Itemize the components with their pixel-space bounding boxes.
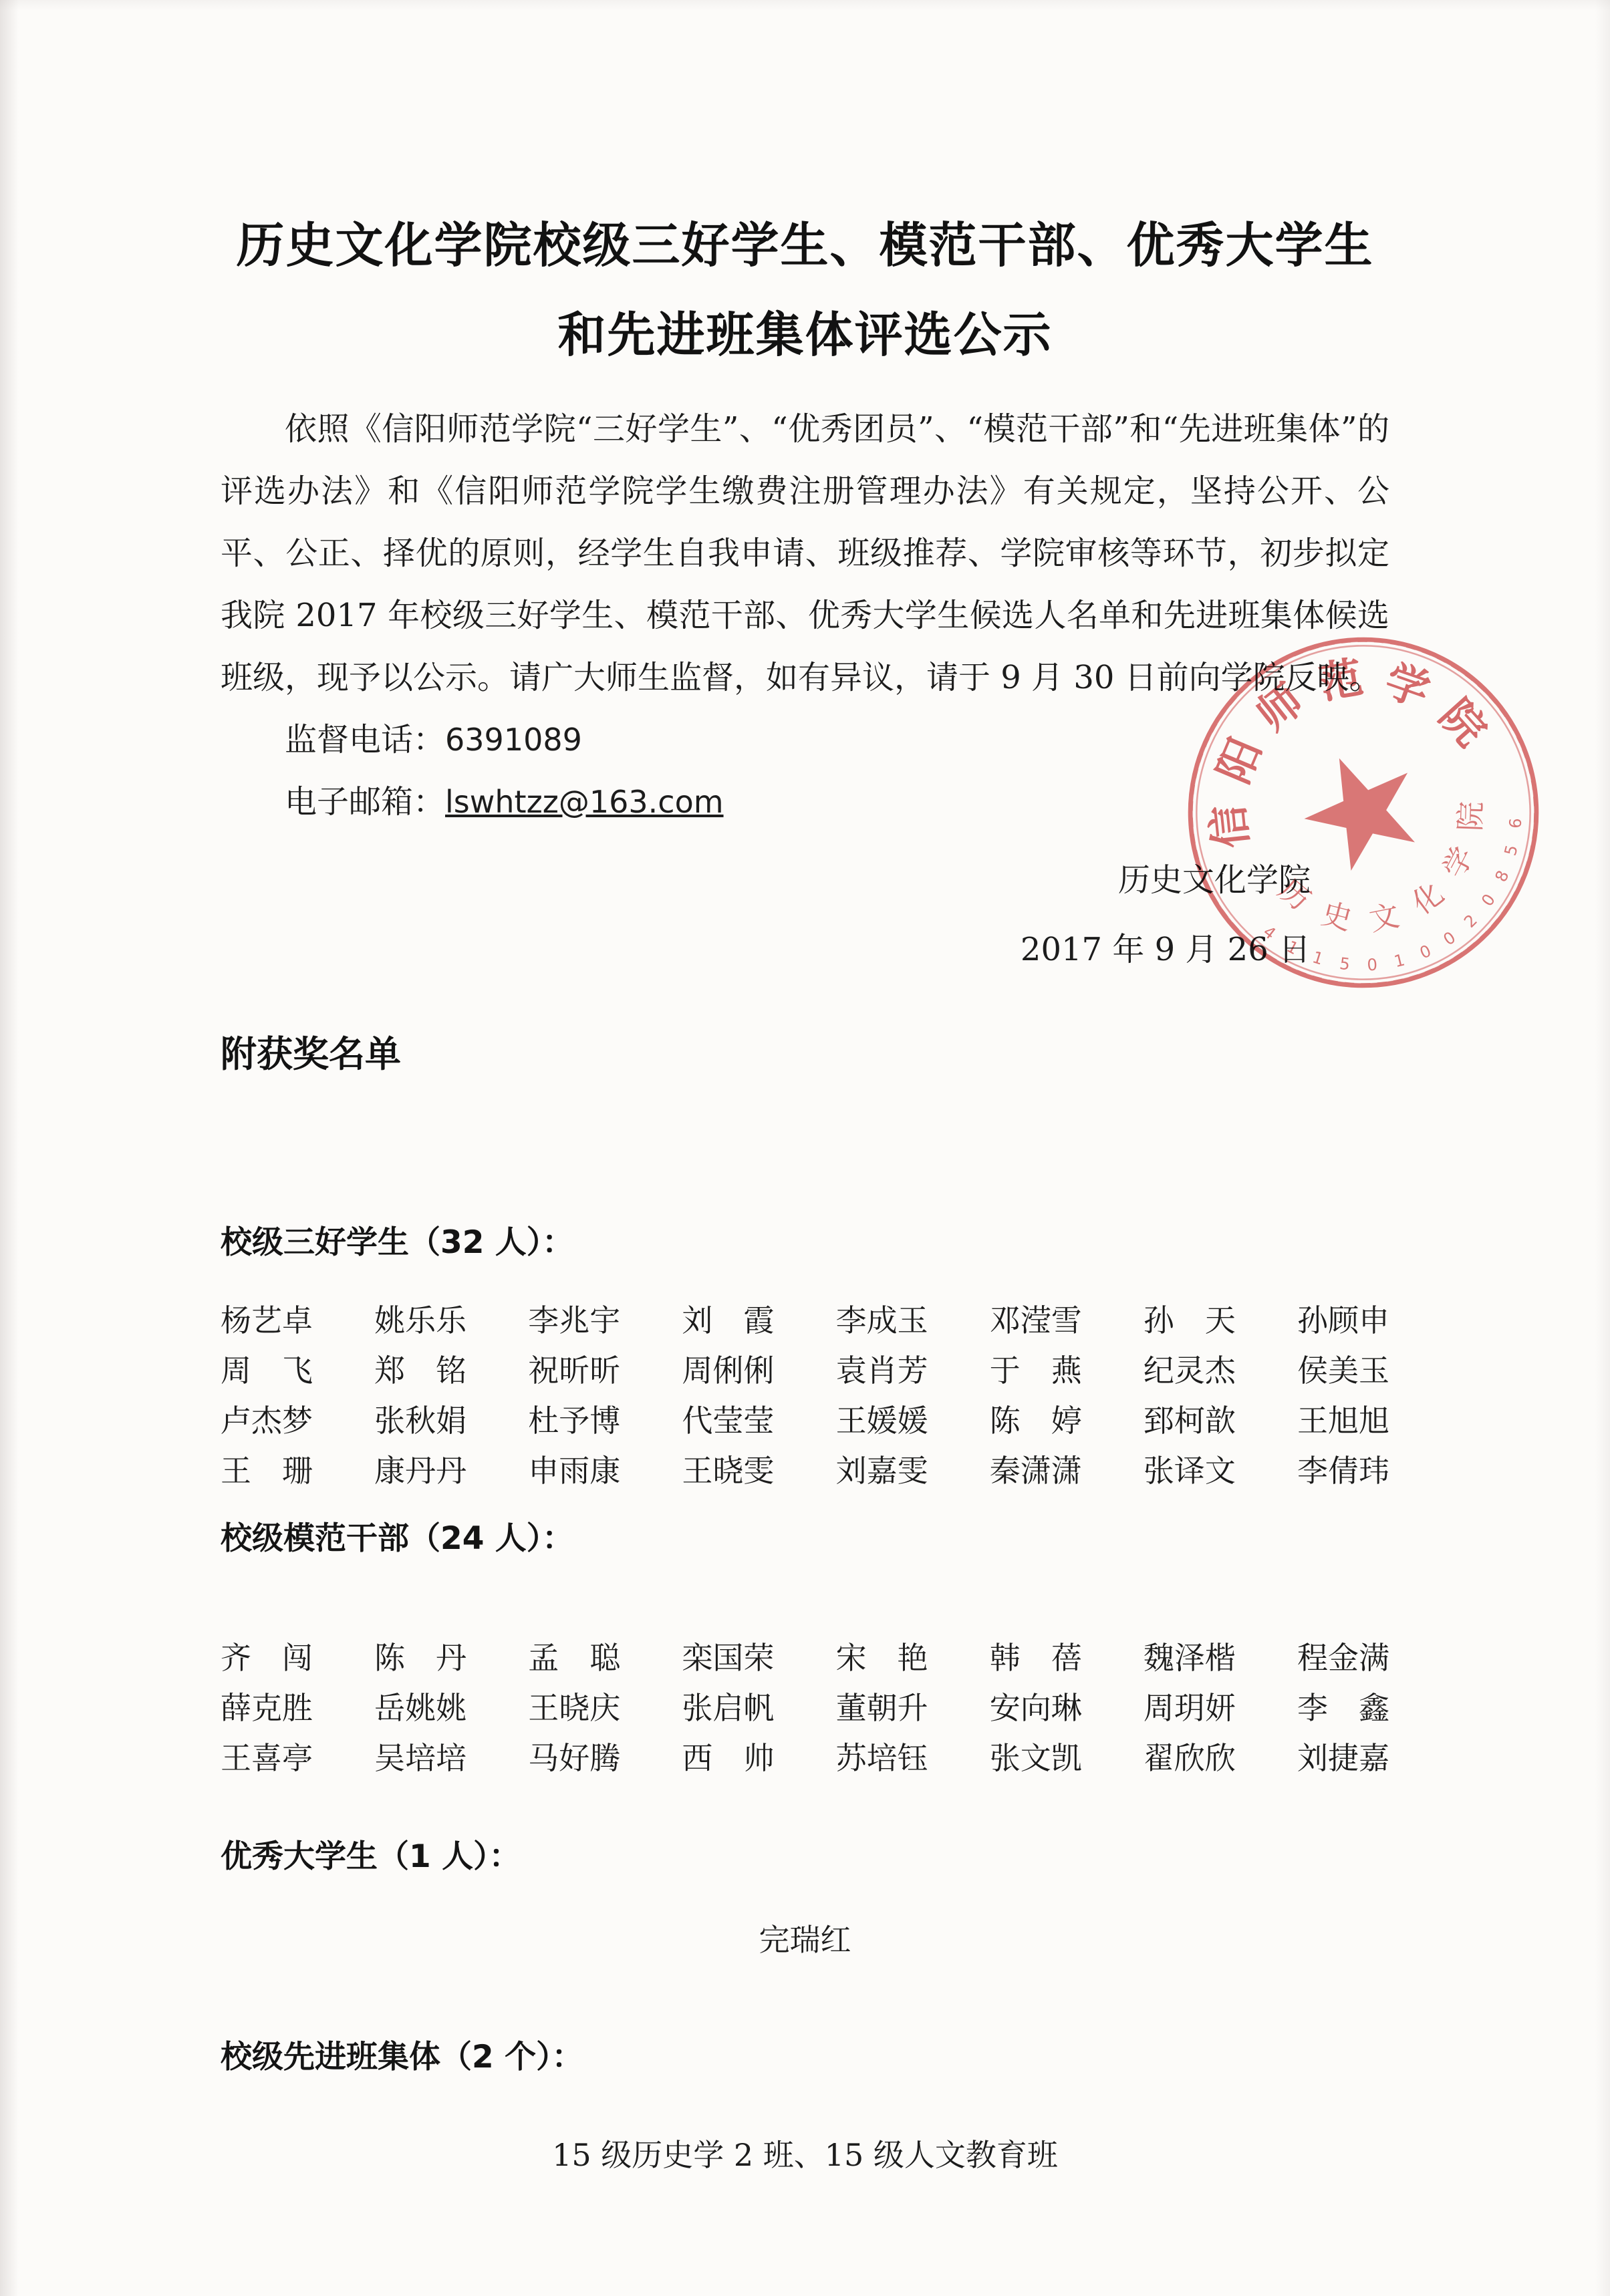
student-name: 郑 铭 <box>374 1346 466 1396</box>
document-title-line1: 历史文化学院校级三好学生、模范干部、优秀大学生 <box>236 217 1373 273</box>
student-name: 西 帅 <box>682 1733 774 1783</box>
award-name-row: 薛克胜岳姚姚王晓庆张启帆董朝升安向琳周玥妍李 鑫 <box>221 1683 1389 1733</box>
student-name: 张秋娟 <box>374 1396 466 1446</box>
student-name: 韩 蓓 <box>990 1633 1082 1683</box>
student-name: 张译文 <box>1144 1446 1236 1496</box>
student-name: 李兆宇 <box>528 1296 620 1346</box>
email-address: lswhtzz@163.com <box>445 784 724 820</box>
student-name: 孙 天 <box>1144 1296 1236 1346</box>
document-title-line2: 和先进班集体评选公示 <box>557 307 1052 363</box>
student-name: 李倩玮 <box>1297 1446 1389 1496</box>
appendix-heading: 附获奖名单 <box>221 1026 1389 1077</box>
student-name: 姚乐乐 <box>374 1296 466 1346</box>
student-name: 王媛媛 <box>836 1396 928 1446</box>
student-name: 张文凯 <box>990 1733 1082 1783</box>
student-name: 岳姚姚 <box>374 1683 466 1733</box>
scanned-document-page: 历史文化学院校级三好学生、模范干部、优秀大学生 和先进班集体评选公示 依照《信阳… <box>0 0 1610 2296</box>
student-name: 周俐俐 <box>682 1346 774 1396</box>
award-name-row: 王喜亭吴培培马好腾西 帅苏培钰张文凯翟欣欣刘捷嘉 <box>221 1733 1389 1783</box>
student-name: 卢杰梦 <box>221 1396 313 1446</box>
phone-label: 监督电话： <box>285 721 445 758</box>
student-name: 王旭旭 <box>1297 1396 1389 1446</box>
student-name: 李成玉 <box>836 1296 928 1346</box>
signature-date: 2017 年 9 月 26 日 <box>221 915 1311 984</box>
student-name: 薛克胜 <box>221 1683 313 1733</box>
sanhao-name-grid: 杨艺卓姚乐乐李兆宇刘 霞李成玉邓滢雪孙 天孙顾申周 飞郑 铭祝昕昕周俐俐袁肖芳于… <box>221 1296 1389 1496</box>
award-name-row: 齐 闯陈 丹孟 聪栾国荣宋 艳韩 蓓魏泽楷程金满 <box>221 1633 1389 1683</box>
xianjin-class-names: 15 级历史学 2 班、15 级人文教育班 <box>221 2130 1389 2180</box>
student-name: 孙顾申 <box>1297 1296 1389 1346</box>
student-name: 宋 艳 <box>836 1633 928 1683</box>
student-name: 程金满 <box>1297 1633 1389 1683</box>
student-name: 周 飞 <box>221 1346 313 1396</box>
student-name: 安向琳 <box>990 1683 1082 1733</box>
student-name: 杜予博 <box>528 1396 620 1446</box>
student-name: 侯美玉 <box>1297 1346 1389 1396</box>
section-heading-xianjin: 校级先进班集体（2 个）： <box>221 2032 1389 2077</box>
award-name-row: 卢杰梦张秋娟杜予博代莹莹王媛媛陈 婷郅柯歆王旭旭 <box>221 1396 1389 1446</box>
supervision-phone-line: 监督电话：6391089 <box>285 709 1389 771</box>
student-name: 王晓雯 <box>682 1446 774 1496</box>
signature-department: 历史文化学院 <box>221 845 1311 915</box>
email-label: 电子邮箱： <box>285 783 445 821</box>
award-name-row: 王 珊康丹丹申雨康王晓雯刘嘉雯秦潇潇张译文李倩玮 <box>221 1446 1389 1496</box>
student-name: 刘捷嘉 <box>1297 1733 1389 1783</box>
student-name: 齐 闯 <box>221 1633 313 1683</box>
student-name: 孟 聪 <box>528 1633 620 1683</box>
student-name: 王喜亭 <box>221 1733 313 1783</box>
student-name: 栾国荣 <box>682 1633 774 1683</box>
student-name: 杨艺卓 <box>221 1296 313 1346</box>
student-name: 申雨康 <box>528 1446 620 1496</box>
student-name: 刘嘉雯 <box>836 1446 928 1496</box>
student-name: 张启帆 <box>682 1683 774 1733</box>
student-name: 康丹丹 <box>374 1446 466 1496</box>
document-title: 历史文化学院校级三好学生、模范干部、优秀大学生 和先进班集体评选公示 <box>221 200 1389 380</box>
student-name: 纪灵杰 <box>1144 1346 1236 1396</box>
student-name: 魏泽楷 <box>1144 1633 1236 1683</box>
section-heading-sanhao: 校级三好学生（32 人）： <box>221 1217 1389 1262</box>
student-name: 董朝升 <box>836 1683 928 1733</box>
student-name: 吴培培 <box>374 1733 466 1783</box>
student-name: 周玥妍 <box>1144 1683 1236 1733</box>
student-name: 于 燕 <box>990 1346 1082 1396</box>
student-name: 王晓庆 <box>528 1683 620 1733</box>
student-name: 刘 霞 <box>682 1296 774 1346</box>
award-name-row: 杨艺卓姚乐乐李兆宇刘 霞李成玉邓滢雪孙 天孙顾申 <box>221 1296 1389 1346</box>
student-name: 祝昕昕 <box>528 1346 620 1396</box>
phone-number: 6391089 <box>445 722 582 758</box>
student-name: 李 鑫 <box>1297 1683 1389 1733</box>
section-heading-mofan: 校级模范干部（24 人）： <box>221 1514 1389 1558</box>
student-name: 苏培钰 <box>836 1733 928 1783</box>
student-name: 马好腾 <box>528 1733 620 1783</box>
student-name: 郅柯歆 <box>1144 1396 1236 1446</box>
student-name: 陈 丹 <box>374 1633 466 1683</box>
section-heading-youxiu: 优秀大学生（1 人）： <box>221 1832 1389 1876</box>
student-name: 秦潇潇 <box>990 1446 1082 1496</box>
student-name: 袁肖芳 <box>836 1346 928 1396</box>
student-name: 王 珊 <box>221 1446 313 1496</box>
student-name: 翟欣欣 <box>1144 1733 1236 1783</box>
announcement-paragraph: 依照《信阳师范学院“三好学生”、“优秀团员”、“模范干部”和“先进班集体”的评选… <box>221 398 1389 709</box>
youxiu-winner-name: 完瑞红 <box>221 1915 1389 1965</box>
mofan-name-grid: 齐 闯陈 丹孟 聪栾国荣宋 艳韩 蓓魏泽楷程金满薛克胜岳姚姚王晓庆张启帆董朝升安… <box>221 1633 1389 1783</box>
email-line: 电子邮箱：lswhtzz@163.com <box>285 771 1389 833</box>
signature-block: 历史文化学院 2017 年 9 月 26 日 <box>221 845 1389 984</box>
student-name: 邓滢雪 <box>990 1296 1082 1346</box>
student-name: 代莹莹 <box>682 1396 774 1446</box>
award-name-row: 周 飞郑 铭祝昕昕周俐俐袁肖芳于 燕纪灵杰侯美玉 <box>221 1346 1389 1396</box>
student-name: 陈 婷 <box>990 1396 1082 1446</box>
